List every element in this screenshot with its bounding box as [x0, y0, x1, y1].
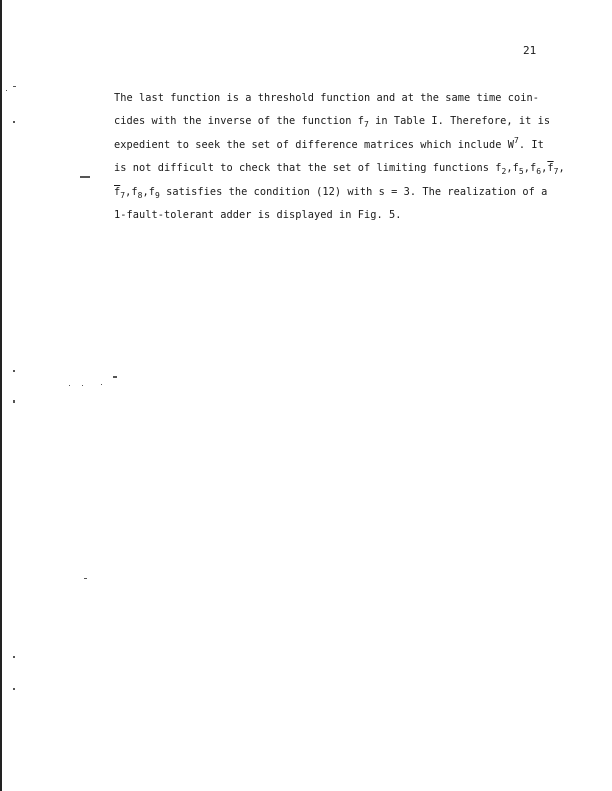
scan-left-edge	[0, 0, 2, 791]
body-paragraph: The last function is a threshold functio…	[114, 87, 574, 227]
text: is not difficult to check that the set o…	[114, 162, 495, 174]
scan-speck	[13, 400, 15, 403]
scan-speck	[13, 656, 15, 658]
scan-speck	[13, 688, 15, 690]
scan-speck	[69, 385, 70, 386]
scan-speck	[6, 90, 7, 91]
text-line-3: expedient to seek the set of difference …	[114, 134, 574, 157]
scan-speck	[13, 86, 16, 87]
fn: ,f	[506, 162, 519, 174]
fn: ,f	[524, 162, 537, 174]
scan-speck	[80, 176, 90, 178]
text: satisfies the condition (12) with s = 3.…	[160, 186, 547, 198]
scan-speck	[13, 121, 15, 123]
text: expedient to seek the set of difference …	[114, 139, 514, 151]
text-line-2: cides with the inverse of the function f…	[114, 110, 574, 133]
text: The last function is a threshold functio…	[114, 92, 539, 104]
text-line-4: is not difficult to check that the set o…	[114, 157, 574, 180]
text-line-5: f7,f8,f9 satisfies the condition (12) wi…	[114, 181, 574, 204]
fn: ,f	[143, 186, 156, 198]
scan-speck	[13, 370, 15, 372]
text: cides with the inverse of the function f	[114, 115, 364, 127]
text: ,	[558, 162, 564, 174]
fn: ,f	[125, 186, 138, 198]
scan-speck	[82, 385, 83, 386]
page-number: 21	[523, 44, 536, 57]
text-line-1: The last function is a threshold functio…	[114, 87, 574, 110]
scan-speck	[101, 384, 102, 385]
text: . It	[519, 139, 544, 151]
text: 1-fault-tolerant adder is displayed in F…	[114, 209, 401, 221]
text-line-6: 1-fault-tolerant adder is displayed in F…	[114, 204, 574, 227]
scan-speck	[84, 578, 87, 579]
text: in Table I. Therefore, it is	[369, 115, 550, 127]
scan-speck	[113, 376, 117, 378]
